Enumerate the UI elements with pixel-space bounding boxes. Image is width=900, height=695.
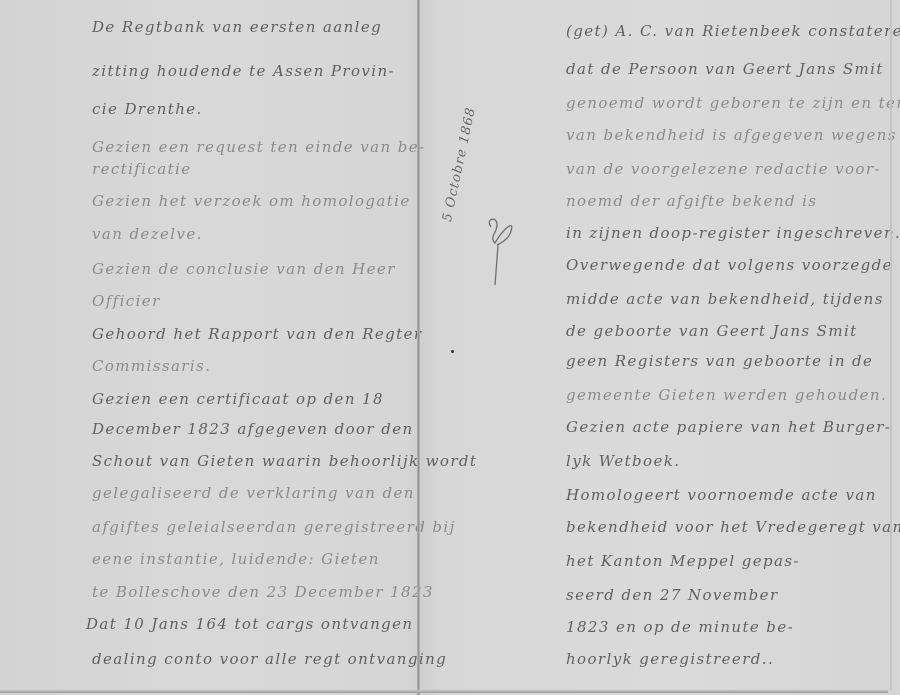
right-line-18: seerd den 27 November xyxy=(566,586,779,604)
left-line-6: Gezien het verzoek om homologatie xyxy=(92,192,411,210)
right-line-6: noemd der afgifte bekend is xyxy=(566,192,817,210)
left-line-17: eene instantie, luidende: Gieten xyxy=(92,550,380,568)
right-line-5: van de voorgelezene redactie voor- xyxy=(566,160,881,178)
left-line-11: Commissaris. xyxy=(92,357,211,375)
right-line-11: geen Registers van geboorte in de xyxy=(566,352,873,370)
right-line-16: bekendheid voor het Vredegeregt van xyxy=(566,518,900,536)
document-spread: De Regtbank van eersten aanleg zitting h… xyxy=(0,0,900,695)
right-line-9: midde acte van bekendheid, tijdens xyxy=(566,290,884,308)
left-line-1: De Regtbank van eersten aanleg xyxy=(92,18,382,36)
left-line-15: gelegaliseerd de verklaring van den xyxy=(92,484,415,502)
left-line-18: te Bolleschove den 23 December 1823 xyxy=(92,583,434,601)
right-line-3: genoemd wordt geboren te zijn en ter akt… xyxy=(566,94,900,112)
left-line-16: afgiftes geleialseerdan geregistreerd bi… xyxy=(92,518,456,536)
left-line-19: Dat 10 Jans 164 tot cargs ontvangen xyxy=(86,615,413,633)
left-line-9: Officier xyxy=(92,292,161,310)
right-line-15: Homologeert voornoemde acte van xyxy=(566,486,877,504)
left-line-8: Gezien de conclusie van den Heer xyxy=(92,260,396,278)
right-line-10: de geboorte van Geert Jans Smit xyxy=(566,322,858,340)
left-line-7: van dezelve. xyxy=(92,225,203,243)
right-page: (get) A. C. van Rietenbeek constaterende… xyxy=(420,0,900,695)
right-line-17: het Kanton Meppel gepas- xyxy=(566,552,800,570)
left-line-3: cie Drenthe. xyxy=(92,100,203,118)
left-line-13: December 1823 afgegeven door den xyxy=(92,420,414,438)
left-line-10: Gehoord het Rapport van den Regter xyxy=(92,325,422,343)
left-line-5: rectificatie xyxy=(92,160,191,178)
right-line-13: Gezien acte papiere van het Burger- xyxy=(566,418,891,436)
right-line-14: lyk Wetboek. xyxy=(566,452,680,470)
right-line-8: Overwegende dat volgens voorzegde xyxy=(566,256,893,274)
left-line-20: dealing conto voor alle regt ontvanging xyxy=(92,650,447,668)
right-line-4: van bekendheid is afgegeven wegens xyxy=(566,126,897,144)
page-right-edge xyxy=(890,0,892,691)
left-line-4: Gezien een request ten einde van be- xyxy=(92,138,425,156)
left-page: De Regtbank van eersten aanleg zitting h… xyxy=(0,0,420,695)
right-line-2: dat de Persoon van Geert Jans Smit xyxy=(566,60,884,78)
right-line-19: 1823 en op de minute be- xyxy=(566,618,794,636)
right-line-12: gemeente Gieten werden gehouden. xyxy=(566,386,887,404)
right-line-7: in zijnen doop-register ingeschreven. xyxy=(566,224,900,242)
right-line-1: (get) A. C. van Rietenbeek constaterende xyxy=(566,22,900,40)
left-line-12: Gezien een certificaat op den 18 xyxy=(92,390,384,408)
left-line-2: zitting houdende te Assen Provin- xyxy=(92,62,395,80)
right-line-20: hoorlyk geregistreerd.. xyxy=(566,650,774,668)
page-bottom-edge xyxy=(0,690,888,693)
